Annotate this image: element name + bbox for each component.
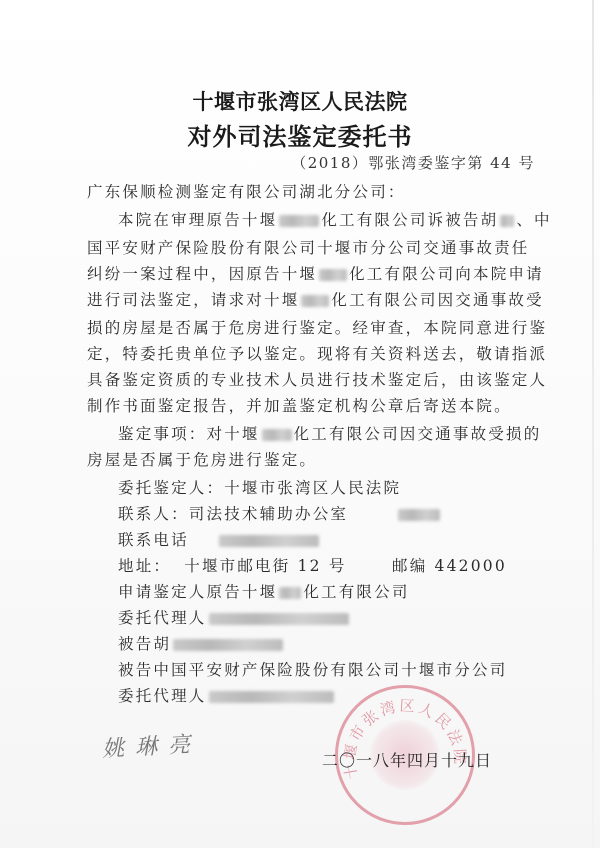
redacted-text — [301, 295, 329, 307]
court-name: 十堰市张湾区人民法院 — [0, 86, 600, 116]
paragraph-line: 具备鉴定资质的专业技术人员进行技术鉴定后，由该鉴定人 — [87, 368, 547, 390]
issue-date: 二〇一八年四月十九日 — [322, 748, 492, 771]
postcode: 邮编 442000 — [392, 554, 507, 576]
document-page: 十堰市张湾区人民法院 对外司法鉴定委托书 （2018）鄂张湾委鉴字第 44 号 … — [0, 0, 600, 848]
appraisal-matter: 鉴定事项：对十堰化工有限公司因交通事故受损的 — [118, 422, 541, 444]
redacted-phone — [219, 535, 319, 547]
entrusting-party: 委托鉴定人：十堰市张湾区人民法院 — [118, 476, 401, 498]
redacted-text — [279, 587, 301, 599]
appraisal-matter-cont: 房屋是否属于危房进行鉴定。 — [87, 448, 317, 470]
agent-1: 委托代理人 — [118, 606, 351, 628]
paragraph-line: 纠纷一案过程中，因原告十堰化工有限公司向本院申请 — [87, 262, 544, 284]
redacted-agent-info — [209, 691, 334, 703]
paragraph-line: 定，特委托贵单位予以鉴定。现将有关资料送去，敬请指派 — [87, 342, 547, 364]
paragraph-line: 本院在审理原告十堰化工有限公司诉被告胡、中 — [118, 208, 552, 230]
paragraph-line: 制作书面鉴定报告，并加盖鉴定机构公章后寄送本院。 — [87, 394, 512, 416]
defendant-2: 被告中国平安财产保险股份有限公司十堰市分公司 — [118, 658, 507, 680]
handwritten-signature: 姚 琳 亮 — [101, 728, 192, 764]
paragraph-line: 损的房屋是否属于危房进行鉴定。经审查，本院同意进行鉴 — [87, 316, 547, 338]
paragraph-line: 进行司法鉴定，请求对十堰化工有限公司因交通事故受 — [87, 288, 544, 310]
redacted-text — [279, 215, 319, 227]
redacted-agent-info — [209, 613, 349, 625]
redacted-text — [262, 429, 292, 441]
document-title: 对外司法鉴定委托书 — [0, 117, 600, 152]
contact-phone: 联系电话 — [118, 528, 321, 550]
document-number: （2018）鄂张湾委鉴字第 44 号 — [291, 152, 535, 173]
applicant: 申请鉴定人原告十堰化工有限公司 — [118, 580, 410, 602]
addressee: 广东保顺检测鉴定有限公司湖北分公司： — [87, 180, 406, 202]
contact-person: 联系人：司法技术辅助办公室 — [118, 502, 442, 524]
defendant-1: 被告胡 — [118, 632, 285, 654]
paragraph-line: 国平安财产保险股份有限公司十堰市分公司交通事故责任 — [87, 236, 530, 258]
redacted-defendant-info — [173, 639, 283, 651]
redacted-name — [398, 509, 440, 521]
redacted-text — [319, 269, 347, 281]
redacted-text — [500, 215, 514, 227]
agent-2: 委托代理人 — [118, 684, 336, 706]
address: 地址： 十堰市邮电街 12 号 — [118, 554, 347, 576]
